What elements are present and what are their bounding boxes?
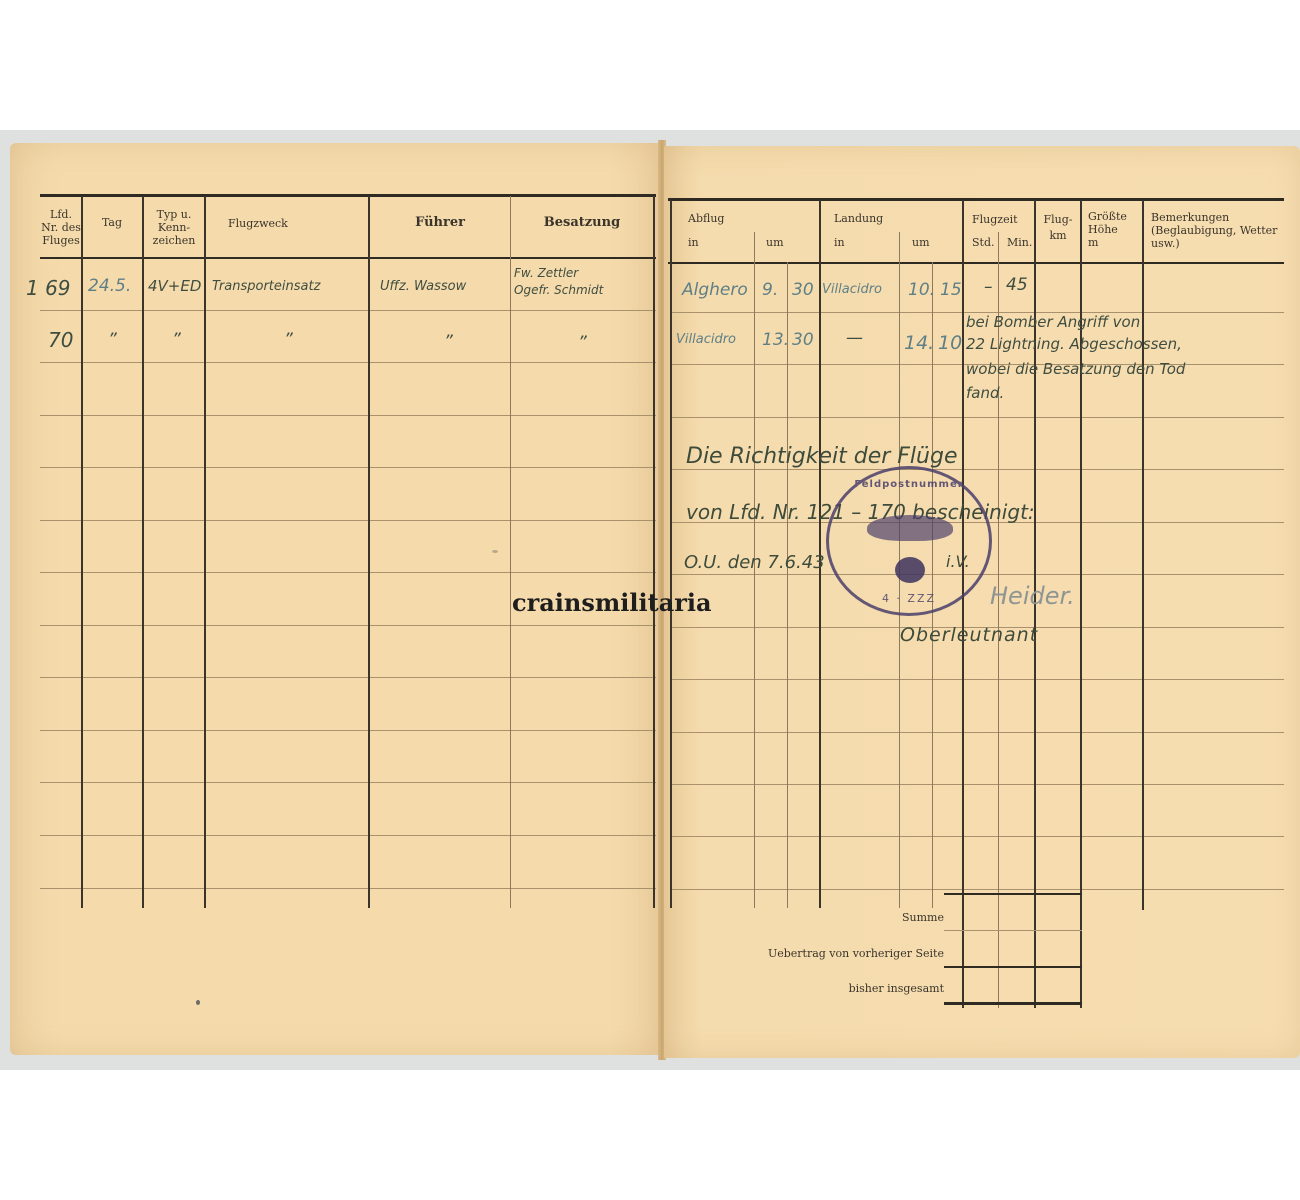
- header-tag: Tag: [82, 216, 142, 229]
- row1-abflug-min: 30: [792, 280, 814, 300]
- totals-rule: [944, 966, 1082, 968]
- header-std: Std.: [972, 236, 995, 249]
- feldpost-stamp: Feldpostnummer 4 · ZZZ: [826, 466, 992, 616]
- totals-uebertrag-label: Uebertrag von vorheriger Seite: [740, 947, 944, 960]
- eagle-emblem-icon: [867, 515, 953, 541]
- row2-landung-std: 14.: [904, 332, 934, 354]
- row1-abflug-std: 9.: [762, 280, 778, 300]
- header-landung-um: um: [912, 236, 930, 249]
- remark-line: fand.: [966, 384, 1004, 402]
- row2-landung-min: 10: [938, 332, 962, 354]
- totals-bisher-label: bisher insgesamt: [740, 982, 944, 995]
- row2-flugzweck: ”: [284, 330, 293, 350]
- row-line: [672, 679, 1284, 680]
- header-abflug-um: um: [766, 236, 784, 249]
- row2-abflug-std: 13.: [762, 330, 789, 350]
- row1-landung-std: 10.: [908, 280, 935, 300]
- header-text: Kenn-: [144, 221, 204, 234]
- header-landung-in: in: [834, 236, 845, 249]
- header-text: Größte: [1088, 210, 1127, 223]
- row1-abflug-in: Alghero: [682, 280, 748, 300]
- row-line: [672, 784, 1284, 785]
- certification-line: Die Richtigkeit der Flüge: [686, 444, 957, 469]
- column-divider: [653, 196, 655, 908]
- header-bemerkungen: Bemerkungen (Beglaubigung, Wetter usw.): [1151, 211, 1277, 250]
- row-line: [40, 572, 656, 573]
- row-line: [40, 888, 656, 889]
- row1-flugzweck: Transporteinsatz: [212, 279, 320, 294]
- column-divider: [1142, 200, 1144, 910]
- header-lfd-nr: Lfd. Nr. des Fluges: [40, 208, 82, 247]
- row-line: [40, 782, 656, 783]
- header-flugzweck: Flugzweck: [228, 217, 288, 230]
- row-line: [40, 467, 656, 468]
- header-typ: Typ u. Kenn- zeichen: [144, 208, 204, 247]
- stamp-bottom-text: 4 · ZZZ: [829, 592, 989, 605]
- row1-flugzeit-std: –: [984, 277, 993, 297]
- row2-besatzung: ”: [578, 333, 587, 353]
- header-groesste-hoehe: Größte Höhe m: [1088, 210, 1127, 249]
- remark-line: 22 Lightning. Abgeschossen,: [966, 335, 1182, 353]
- row2-abflug-in: Villacidro: [676, 332, 736, 347]
- row-line: [40, 835, 656, 836]
- header-abflug: Abflug: [688, 212, 724, 225]
- header-text: Flug-: [1036, 213, 1080, 226]
- header-text: km: [1036, 229, 1080, 242]
- row1-besatzung-1: Fw. Zettler: [514, 266, 578, 280]
- header-text: Typ u.: [144, 208, 204, 221]
- row1-landung-min: 15: [940, 280, 962, 300]
- row2-abflug-min: 30: [792, 330, 814, 350]
- row-line: [40, 730, 656, 731]
- row1-lfd-nr: 1 69: [26, 276, 71, 300]
- rank-text: Oberleutnant: [900, 624, 1038, 646]
- row-line: [40, 362, 656, 363]
- row-line: [40, 310, 656, 311]
- row-line: [672, 836, 1284, 837]
- column-divider: [670, 200, 672, 908]
- row-line: [672, 889, 1284, 890]
- totals-rule: [944, 1002, 1082, 1005]
- row2-tag: ”: [108, 330, 117, 350]
- header-text: Höhe: [1088, 223, 1127, 236]
- paper-mark: [492, 550, 498, 553]
- column-divider: [510, 196, 511, 908]
- header-text: zeichen: [144, 234, 204, 247]
- row2-fuehrer: ”: [444, 332, 453, 352]
- left-top-rule: [40, 194, 656, 197]
- emblem-disc-icon: [895, 557, 925, 583]
- right-header-rule: [668, 262, 1284, 264]
- watermark-text: crainsmilitaria: [512, 588, 712, 617]
- row-line: [40, 677, 656, 678]
- row1-fuehrer: Uffz. Wassow: [380, 279, 466, 294]
- row2-lfd-nr: 70: [48, 328, 73, 352]
- header-text: Nr. des: [40, 221, 82, 234]
- row-line: [672, 417, 1284, 418]
- column-divider: [368, 196, 370, 908]
- column-divider: [204, 196, 206, 908]
- certification-line: O.U. den 7.6.43: [684, 552, 825, 573]
- left-header-rule: [40, 257, 656, 259]
- row2-landung-in: —: [846, 328, 863, 348]
- totals-rule: [944, 930, 1082, 931]
- remark-line: wobei die Besatzung den Tod: [966, 360, 1185, 378]
- row1-flugzeit-min: 45: [1006, 275, 1028, 295]
- header-fuehrer: Führer: [370, 216, 510, 229]
- header-flug-km: Flug- km: [1036, 213, 1080, 242]
- paper-mark: [196, 1000, 200, 1005]
- totals-summe-label: Summe: [740, 911, 944, 924]
- header-text: Fluges: [40, 234, 82, 247]
- row1-besatzung-2: Ogefr. Schmidt: [514, 283, 603, 297]
- header-text: Bemerkungen: [1151, 211, 1277, 224]
- row1-tag: 24.5.: [88, 276, 131, 296]
- header-min: Min.: [1007, 236, 1032, 249]
- right-top-rule: [668, 198, 1284, 201]
- totals-rule: [944, 893, 1082, 895]
- column-divider: [142, 196, 144, 908]
- row-line: [40, 625, 656, 626]
- row1-typ: 4V+ED: [148, 277, 201, 295]
- stamp-top-text: Feldpostnummer: [829, 479, 989, 490]
- row-line: [672, 469, 1284, 470]
- header-text: Lfd.: [40, 208, 82, 221]
- header-abflug-in: in: [688, 236, 699, 249]
- header-landung: Landung: [834, 212, 883, 225]
- column-divider: [787, 262, 788, 908]
- header-text: (Beglaubigung, Wetter: [1151, 224, 1277, 237]
- remark-line: bei Bomber Angriff von: [966, 313, 1140, 331]
- header-besatzung: Besatzung: [511, 216, 653, 229]
- header-flugzeit: Flugzeit: [972, 213, 1018, 226]
- header-text: usw.): [1151, 237, 1277, 250]
- row1-landung-in: Villacidro: [822, 282, 882, 297]
- row-line: [672, 732, 1284, 733]
- column-divider: [81, 196, 83, 908]
- signature: Heider.: [990, 582, 1075, 610]
- row2-typ: ”: [172, 330, 181, 350]
- row-line: [40, 520, 656, 521]
- header-text: m: [1088, 236, 1127, 249]
- row-line: [40, 415, 656, 416]
